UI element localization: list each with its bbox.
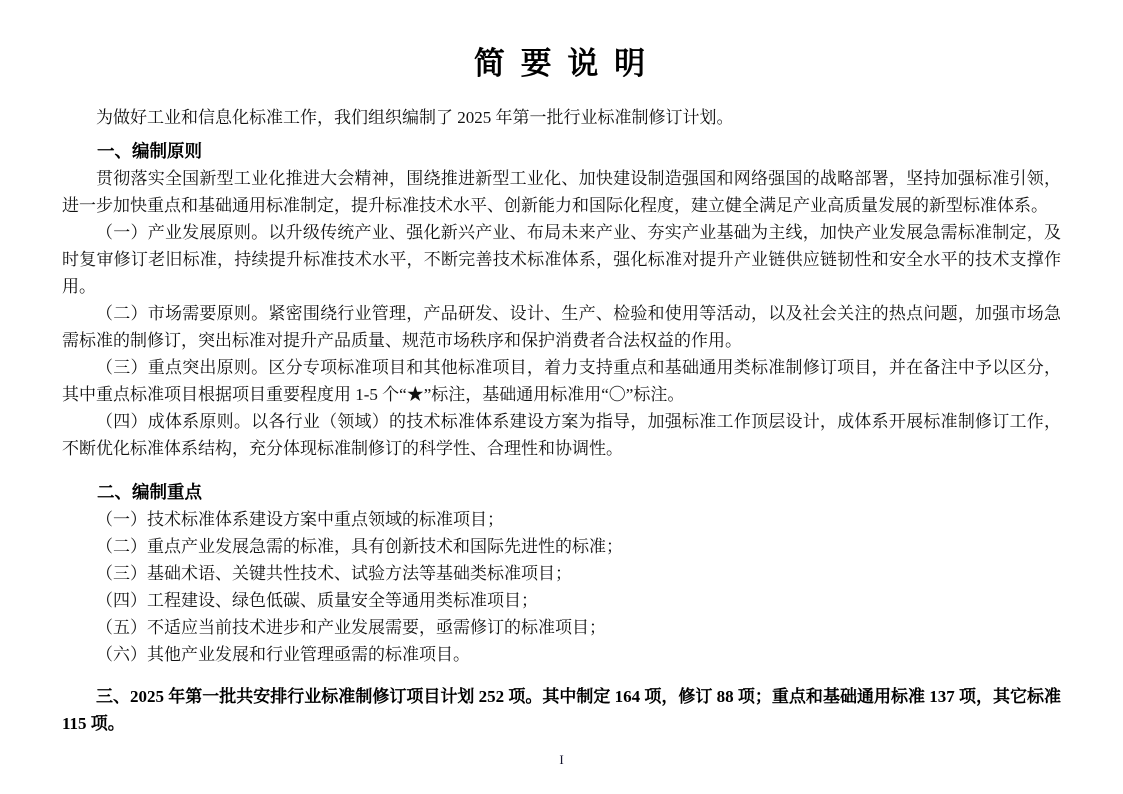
list-item: （六）其他产业发展和行业管理亟需的标准项目。 (62, 641, 1061, 668)
section1-paragraph: （四）成体系原则。以各行业（领域）的技术标准体系建设方案为指导，加强标准工作顶层… (62, 408, 1061, 462)
section1-paragraph: （三）重点突出原则。区分专项标准项目和其他标准项目，着力支持重点和基础通用类标准… (62, 354, 1061, 408)
section1-paragraph: （一）产业发展原则。以升级传统产业、强化新兴产业、布局未来产业、夯实产业基础为主… (62, 219, 1061, 300)
list-item: （二）重点产业发展急需的标准，具有创新技术和国际先进性的标准； (62, 533, 1061, 560)
list-item: （三）基础术语、关键共性技术、试验方法等基础类标准项目； (62, 560, 1061, 587)
page-number: I (0, 752, 1123, 768)
section2-heading: 二、编制重点 (62, 479, 1061, 506)
document-content: 简 要 说 明 为做好工业和信息化标准工作，我们组织编制了 2025 年第一批行… (0, 0, 1123, 737)
list-item: （五）不适应当前技术进步和产业发展需要，亟需修订的标准项目； (62, 614, 1061, 641)
section1-paragraph: （二）市场需要原则。紧密围绕行业管理，产品研发、设计、生产、检验和使用等活动，以… (62, 300, 1061, 354)
intro-paragraph: 为做好工业和信息化标准工作，我们组织编制了 2025 年第一批行业标准制修订计划… (62, 104, 1061, 131)
section1-paragraph: 贯彻落实全国新型工业化推进大会精神，围绕推进新型工业化、加快建设制造强国和网络强… (62, 165, 1061, 219)
document-page: 简 要 说 明 为做好工业和信息化标准工作，我们组织编制了 2025 年第一批行… (0, 0, 1123, 794)
section1-heading: 一、编制原则 (62, 138, 1061, 165)
page-title: 简 要 说 明 (62, 44, 1061, 84)
list-item: （四）工程建设、绿色低碳、质量安全等通用类标准项目； (62, 587, 1061, 614)
list-item: （一）技术标准体系建设方案中重点领域的标准项目； (62, 506, 1061, 533)
summary-paragraph: 三、2025 年第一批共安排行业标准制修订项目计划 252 项。其中制定 164… (62, 683, 1061, 737)
